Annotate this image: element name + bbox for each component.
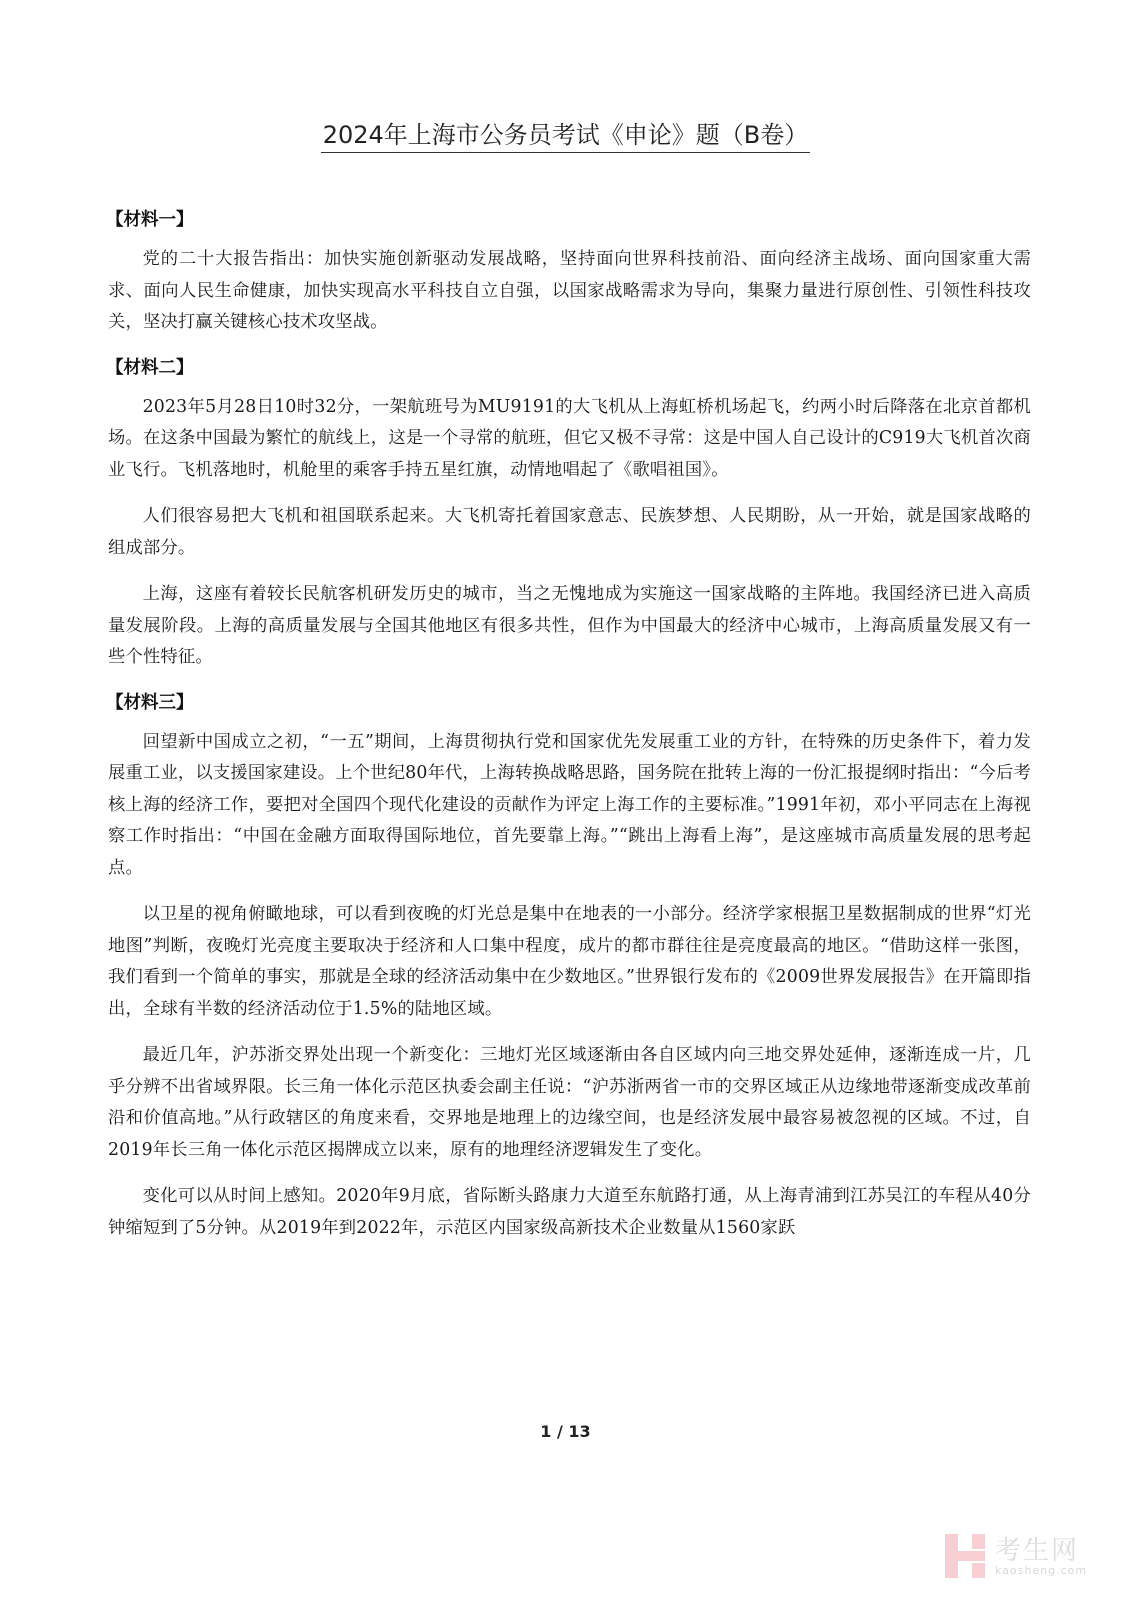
- section-material-3: 【材料三】 回望新中国成立之初，“一五”期间，上海贯彻执行党和国家优先发展重工业…: [108, 689, 1031, 1245]
- document-body: 【材料一】 党的二十大报告指出：加快实施创新驱动发展战略，坚持面向世界科技前沿、…: [108, 196, 1031, 1259]
- watermark-url: kaosheng.com: [995, 1564, 1087, 1577]
- watermark-name: 考生网: [995, 1530, 1079, 1567]
- document-page: 2024年上海市公务员考试《申论》题（B卷） 【材料一】 党的二十大报告指出：加…: [0, 0, 1131, 1600]
- paragraph: 变化可以从时间上感知。2020年9月底，省际断头路康力大道至东航路打通，从上海青…: [108, 1181, 1031, 1244]
- paragraph: 人们很容易把大飞机和祖国联系起来。大飞机寄托着国家意志、民族梦想、人民期盼，从一…: [108, 501, 1031, 564]
- paragraph: 上海，这座有着较长民航客机研发历史的城市，当之无愧地成为实施这一国家战略的主阵地…: [108, 579, 1031, 674]
- section-heading: 【材料一】: [106, 206, 1031, 234]
- paragraph: 党的二十大报告指出：加快实施创新驱动发展战略，坚持面向世界科技前沿、面向经济主战…: [108, 244, 1031, 339]
- page-number: 1 / 13: [0, 1422, 1131, 1441]
- kaosheng-logo-icon: [945, 1534, 985, 1578]
- section-material-2: 【材料二】 2023年5月28日10时32分，一架航班号为MU9191的大飞机从…: [108, 354, 1031, 674]
- paragraph: 2023年5月28日10时32分，一架航班号为MU9191的大飞机从上海虹桥机场…: [108, 392, 1031, 487]
- section-heading: 【材料二】: [106, 354, 1031, 382]
- watermark: 考生网 kaosheng.com: [945, 1530, 1125, 1586]
- paragraph: 回望新中国成立之初，“一五”期间，上海贯彻执行党和国家优先发展重工业的方针，在特…: [108, 727, 1031, 885]
- paragraph: 最近几年，沪苏浙交界处出现一个新变化：三地灯光区域逐渐由各自区域内向三地交界处延…: [108, 1040, 1031, 1166]
- document-title-text: 2024年上海市公务员考试《申论》题（B卷）: [321, 118, 811, 153]
- document-title: 2024年上海市公务员考试《申论》题（B卷）: [0, 118, 1131, 153]
- section-material-1: 【材料一】 党的二十大报告指出：加快实施创新驱动发展战略，坚持面向世界科技前沿、…: [108, 206, 1031, 339]
- paragraph: 以卫星的视角俯瞰地球，可以看到夜晚的灯光总是集中在地表的一小部分。经济学家根据卫…: [108, 899, 1031, 1025]
- section-heading: 【材料三】: [106, 689, 1031, 717]
